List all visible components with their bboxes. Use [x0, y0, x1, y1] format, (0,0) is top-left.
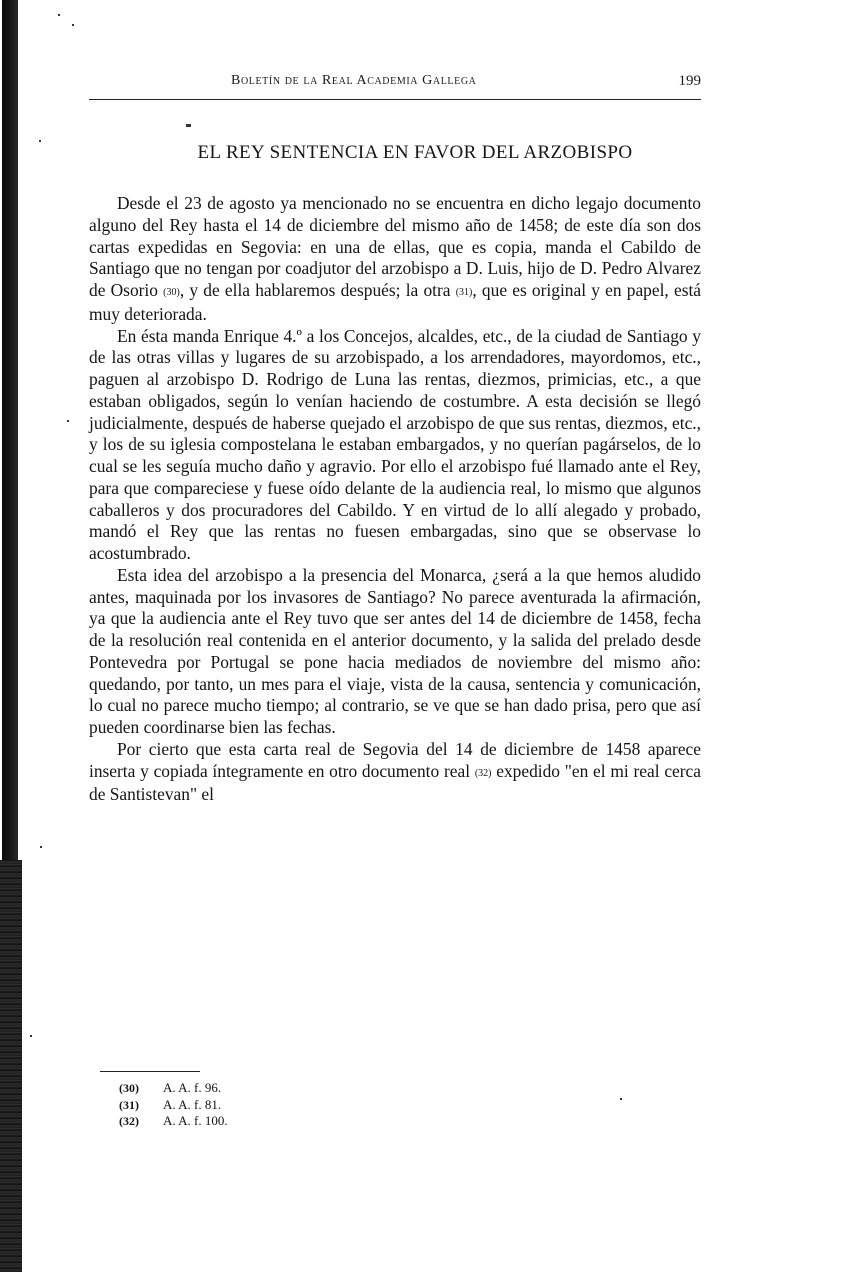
footnote-ref-30: (30) — [163, 287, 180, 298]
footnote-number: (32) — [119, 1113, 163, 1130]
running-head: Boletín de la Real Academia Gallega 199 — [89, 73, 701, 95]
footnote-number: (31) — [119, 1097, 163, 1114]
body-text: Desde el 23 de agosto ya mencionado no s… — [89, 193, 701, 806]
footnote-31: (31) A. A. f. 81. — [119, 1097, 228, 1114]
paragraph: Esta idea del arzobispo a la presencia d… — [89, 565, 701, 739]
scan-speck — [39, 140, 41, 142]
footnotes: (30) A. A. f. 96. (31) A. A. f. 81. (32)… — [119, 1080, 228, 1130]
scan-speck — [620, 1098, 622, 1100]
scan-speck — [58, 14, 60, 16]
scan-binding-edge-lower — [0, 860, 22, 1272]
footnote-ref-31: (31) — [456, 287, 473, 298]
footnote-text: A. A. f. 96. — [163, 1080, 221, 1097]
header-rule — [89, 99, 701, 100]
footnote-number: (30) — [119, 1080, 163, 1097]
section-title: EL REY SENTENCIA EN FAVOR DEL ARZOBISPO — [89, 142, 701, 164]
scan-speck — [72, 24, 74, 26]
scan-speck — [67, 420, 69, 422]
scan-speck — [30, 1035, 32, 1037]
scan-speck — [40, 846, 42, 848]
footnote-text: A. A. f. 100. — [163, 1113, 228, 1130]
footnote-text: A. A. f. 81. — [163, 1097, 221, 1114]
paragraph: Por cierto que esta carta real de Segovi… — [89, 739, 701, 806]
journal-title: Boletín de la Real Academia Gallega — [231, 73, 476, 89]
footnote-ref-32: (32) — [475, 768, 492, 779]
paragraph: Desde el 23 de agosto ya mencionado no s… — [89, 193, 701, 326]
footnote-30: (30) A. A. f. 96. — [119, 1080, 228, 1097]
paragraph: En ésta manda Enrique 4.º a los Concejos… — [89, 326, 701, 565]
scan-speck — [186, 124, 191, 127]
page-number: 199 — [679, 73, 702, 90]
footnote-rule — [100, 1071, 200, 1072]
footnote-32: (32) A. A. f. 100. — [119, 1113, 228, 1130]
